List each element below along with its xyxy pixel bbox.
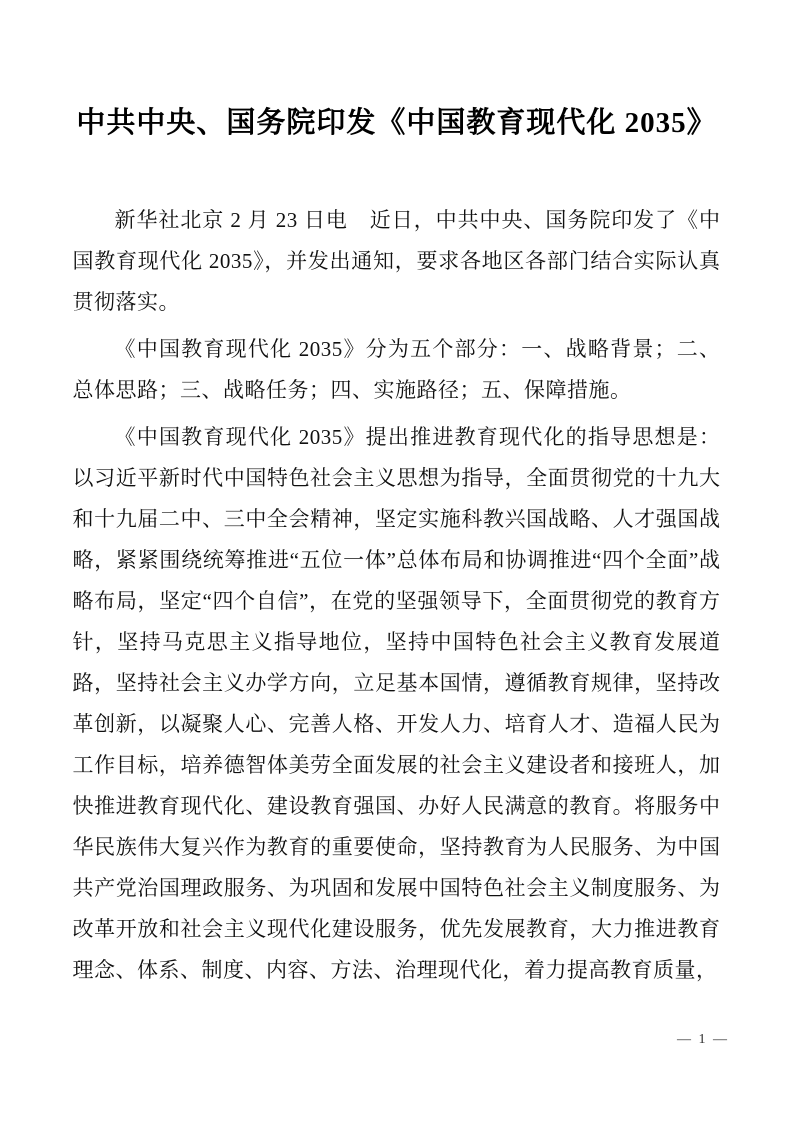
document-title: 中共中央、国务院印发《中国教育现代化 2035》 xyxy=(38,104,755,142)
document-body: 新华社北京 2 月 23 日电 近日，中共中央、国务院印发了《中国教育现代化 2… xyxy=(73,200,721,991)
document-page: 中共中央、国务院印发《中国教育现代化 2035》 新华社北京 2 月 23 日电… xyxy=(0,0,793,1122)
paragraph-dateline: 新华社北京 2 月 23 日电 近日，中共中央、国务院印发了《中国教育现代化 2… xyxy=(73,200,721,323)
paragraph-guiding-ideology: 《中国教育现代化 2035》提出推进教育现代化的指导思想是：以习近平新时代中国特… xyxy=(73,417,721,991)
page-number: — 1 — xyxy=(677,1032,729,1048)
paragraph-document-structure: 《中国教育现代化 2035》分为五个部分：一、战略背景；二、总体思路；三、战略任… xyxy=(73,329,721,411)
